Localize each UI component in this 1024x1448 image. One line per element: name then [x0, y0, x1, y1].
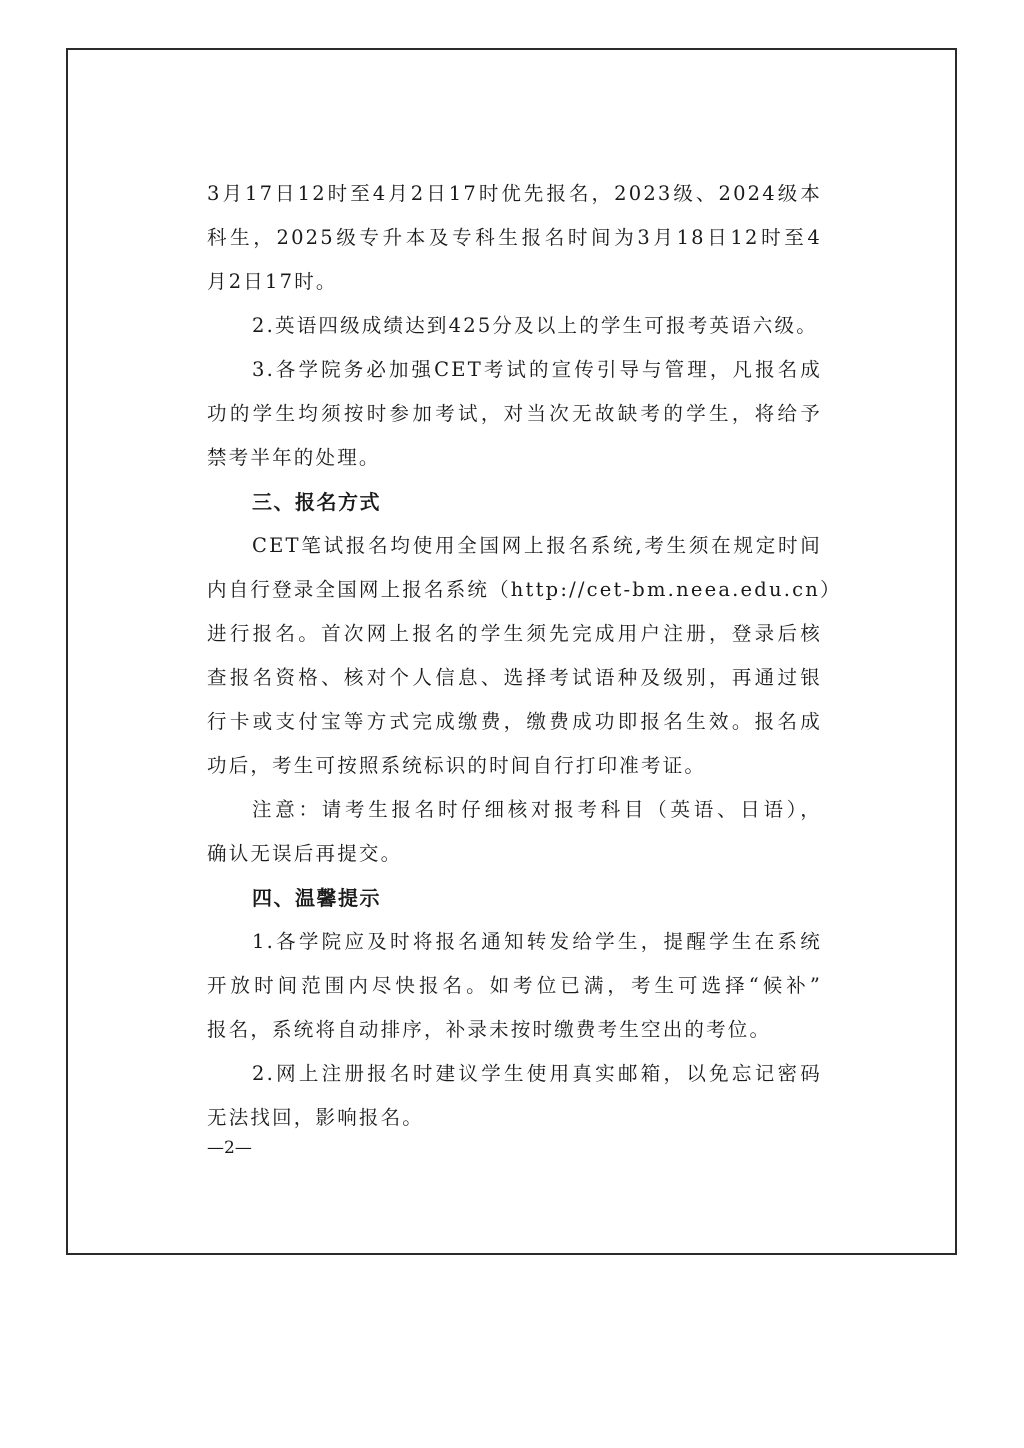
text-line: 月2日17时。 [207, 260, 822, 304]
text-line-with-url: 内自行登录全国网上报名系统（http://cet-bm.neea.edu.cn） [207, 568, 822, 612]
text-line: 注意：请考生报名时仔细核对报考科目（英语、日语）， [207, 788, 822, 832]
text-line: 进行报名。首次网上报名的学生须先完成用户注册，登录后核 [207, 612, 822, 656]
text-line: 2.英语四级成绩达到425分及以上的学生可报考英语六级。 [207, 304, 822, 348]
text-line: 报名，系统将自动排序，补录未按时缴费考生空出的考位。 [207, 1008, 822, 1052]
text-line: CET笔试报名均使用全国网上报名系统,考生须在规定时间 [207, 524, 822, 568]
text-line: 开放时间范围内尽快报名。如考位已满，考生可选择“候补” [207, 964, 822, 1008]
section-heading-registration-method: 三、报名方式 [207, 480, 822, 524]
paragraph-tip-1: 1.各学院应及时将报名通知转发给学生，提醒学生在系统 开放时间范围内尽快报名。如… [207, 920, 822, 1052]
text-line: 1.各学院应及时将报名通知转发给学生，提醒学生在系统 [207, 920, 822, 964]
text-line: 无法找回，影响报名。 [207, 1096, 822, 1140]
text-line: 3.各学院务必加强CET考试的宣传引导与管理，凡报名成 [207, 348, 822, 392]
paragraph-note: 注意：请考生报名时仔细核对报考科目（英语、日语）， 确认无误后再提交。 [207, 788, 822, 876]
document-body: 3月17日12时至4月2日17时优先报名，2023级、2024级本 科生，202… [207, 172, 822, 1160]
section-heading-tips: 四、温馨提示 [207, 876, 822, 920]
text-line: 3月17日12时至4月2日17时优先报名，2023级、2024级本 [207, 172, 822, 216]
paragraph-registration-method: CET笔试报名均使用全国网上报名系统,考生须在规定时间 内自行登录全国网上报名系… [207, 524, 822, 788]
paragraph-item-3-management: 3.各学院务必加强CET考试的宣传引导与管理，凡报名成 功的学生均须按时参加考试… [207, 348, 822, 480]
paragraph-tip-2: 2.网上注册报名时建议学生使用真实邮箱，以免忘记密码 无法找回，影响报名。 [207, 1052, 822, 1140]
text-line: 2.网上注册报名时建议学生使用真实邮箱，以免忘记密码 [207, 1052, 822, 1096]
text-line: 查报名资格、核对个人信息、选择考试语种及级别，再通过银 [207, 656, 822, 700]
text-line: 功的学生均须按时参加考试，对当次无故缺考的学生，将给予 [207, 392, 822, 436]
paragraph-registration-time: 3月17日12时至4月2日17时优先报名，2023级、2024级本 科生，202… [207, 172, 822, 304]
text-line: 行卡或支付宝等方式完成缴费，缴费成功即报名生效。报名成 [207, 700, 822, 744]
paragraph-item-2-cet6-eligibility: 2.英语四级成绩达到425分及以上的学生可报考英语六级。 [207, 304, 822, 348]
text-line: 功后，考生可按照系统标识的时间自行打印准考证。 [207, 744, 822, 788]
text-line: 禁考半年的处理。 [207, 436, 822, 480]
text-line: 确认无误后再提交。 [207, 832, 822, 876]
text-line: 科生，2025级专升本及专科生报名时间为3月18日12时至4 [207, 216, 822, 260]
